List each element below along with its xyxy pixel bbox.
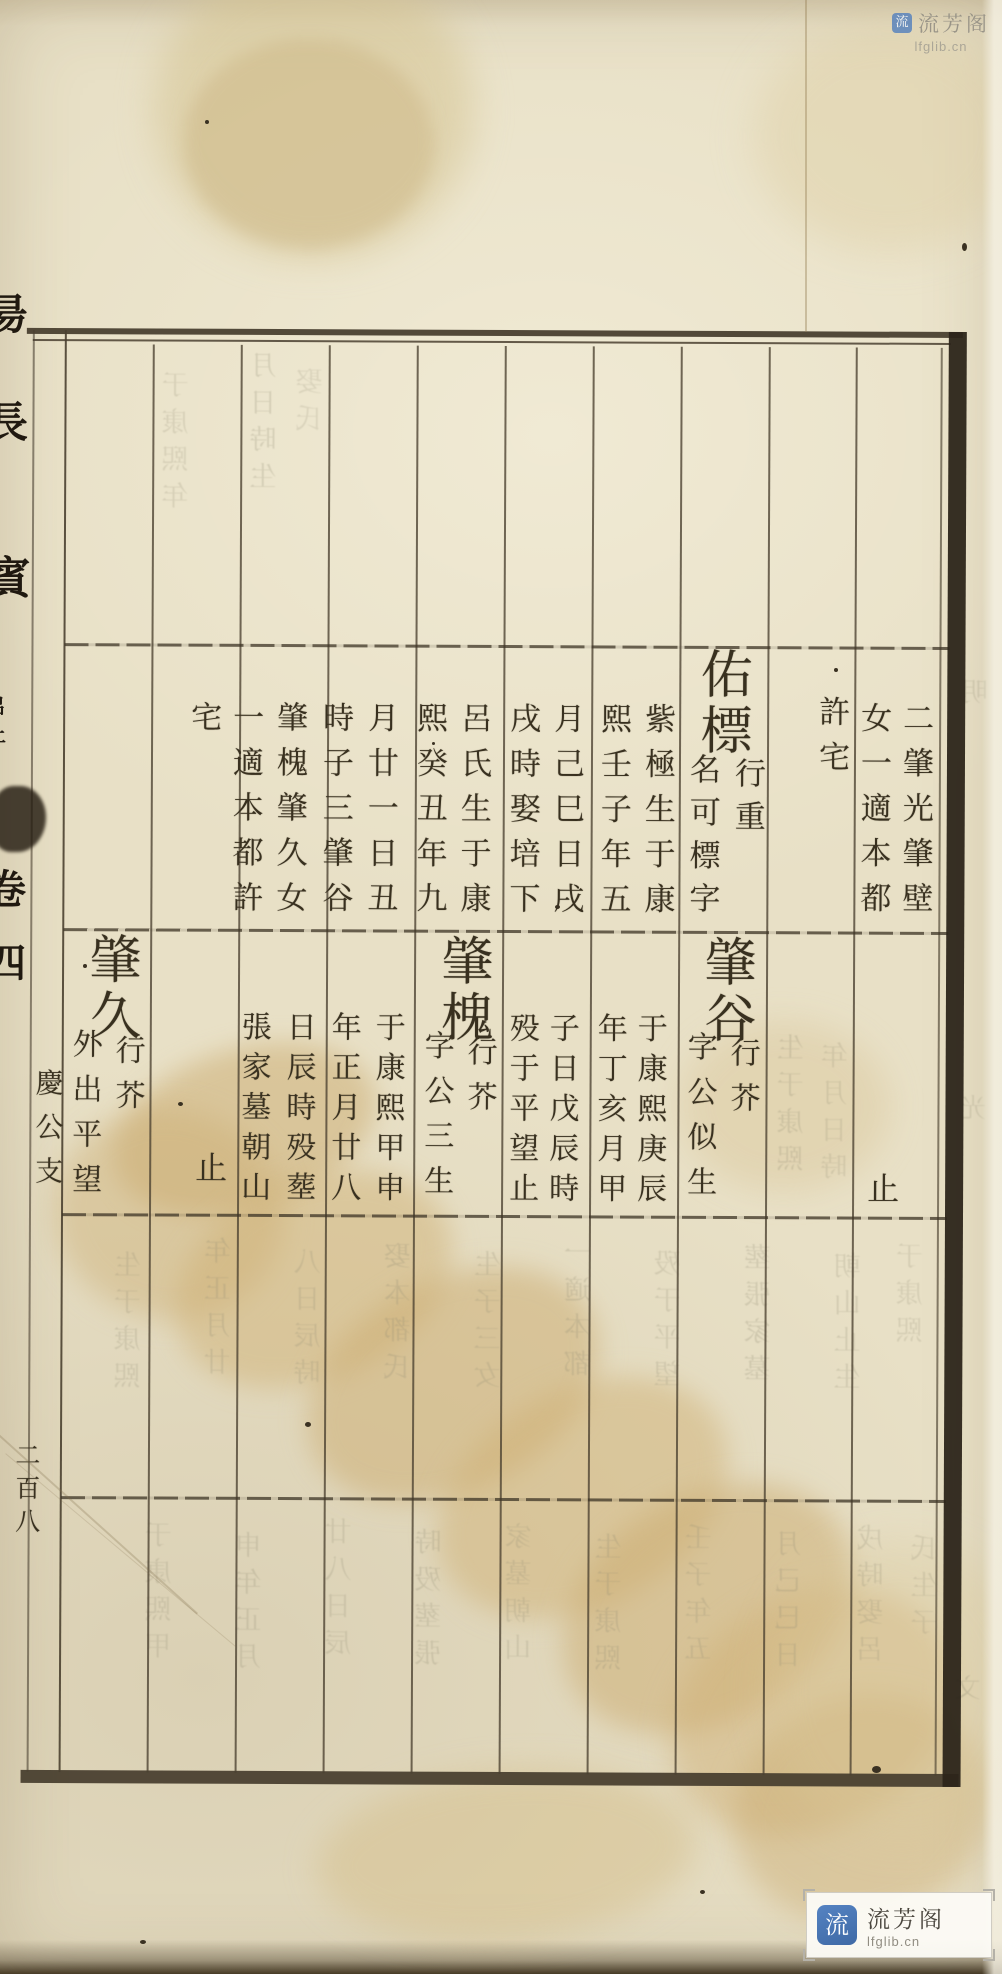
ink-speck [83,964,87,968]
column-rule [59,330,67,1772]
stain-top-right [753,21,1002,252]
name-youbiao: 佑標 [695,647,747,759]
ink-speck [205,120,209,124]
ghost-text-column: 八日辰時 [296,1247,324,1395]
ghost-text-column: 娶本都氏 [386,1242,414,1390]
stain-top-left-rim [183,39,434,250]
ghost-text-column: 時殁塟張 [417,1528,445,1676]
ink-speck [140,1940,146,1944]
ghost-text-column: 壬子年五 [687,1523,715,1671]
note-youbiao-5: 戌時娶培下 [505,702,537,927]
ghost-text-column: 于康熙甲 [147,1520,175,1668]
rank-youbiao: 行重 [731,757,762,843]
rank-zhaogu: 行芥 [726,1037,756,1127]
stop-mark-zhaohuai: 止 [193,1151,225,1183]
ghost-text-column: 生于康熙 [116,1250,144,1398]
watermark-site: lfglib.cn [892,39,990,54]
corner-mark-icon [983,1889,995,1901]
note-youbiao-1: 名可標字 [685,753,717,925]
ghost-text-column: 年正月廿 [206,1237,234,1385]
fore-edge-title-fragment: 四 [0,932,26,989]
note-youbiao-4: 月己巳日戌 [549,702,581,927]
lfglib-logo-icon: 流 [892,13,912,33]
ghost-text-column: 申年正月 [237,1531,265,1679]
band-line-2 [63,928,948,935]
branch-label: 慶公支 [33,1068,62,1200]
ghost-text-column: 朝山止生 [836,1251,864,1399]
ink-speck [305,1422,311,1427]
carryover-daughter: 女一適本都 [856,702,888,927]
ghost-text-column: 月己巳日 [777,1529,805,1677]
ink-speck [834,668,838,672]
note-zhaogu-1: 字公似生 [683,1031,714,1211]
corner-mark-icon [803,1889,815,1901]
rank-zhaohuai: 行芥 [463,1036,493,1126]
ghost-text-column: 生于康熙 [597,1532,625,1680]
lfglib-logo-icon: 流 [817,1905,857,1945]
corner-mark-icon [983,1949,995,1961]
fore-edge-title-fragment: 㠯 [0,690,6,719]
ghost-text-column: 家墓朝山 [507,1522,535,1670]
ghost-text-column: 年月日時 [823,1041,851,1189]
printed-plate: 于康熙年月日時生娶氏生于康熙年月日時生于康熙年正月廿八日辰時娶本都氏生子三女一適… [0,0,1002,1974]
note-zhaohuai-3: 年正月廿八 [327,1011,358,1211]
note-zhaohuai-2: 于康熙甲申 [371,1011,402,1211]
paper-crease [805,0,807,332]
ghost-text-column: 戌時娶呂 [859,1524,887,1672]
ghost-text-column: 月日時生 [252,351,280,499]
fore-edge-title-fragment: 賓 [0,542,30,606]
page-right-edge [982,0,1002,1974]
note-youbiao-9: 時子三肇谷 [318,701,350,926]
note-youbiao-2: 紫極生于康 [640,703,672,928]
carryover-sons: 二肇光肇壁 [898,702,930,927]
note-zhaogu-5: 殁于平望止 [505,1012,536,1212]
frame-top-outer [27,328,963,338]
note-zhaogu-2: 于康熙庚辰 [633,1013,664,1213]
ghost-text-column: 廿八日辰 [327,1517,355,1665]
ghost-text-column: 于康熙 [898,1242,925,1353]
note-youbiao-12: 宅 [187,701,218,746]
note-youbiao-7: 熙癸丑年九 [412,702,444,927]
genealogy-scan-page: 于康熙年月日時生娶氏生于康熙年月日時生于康熙年正月廿八日辰時娶本都氏生子三女一適… [0,0,1002,1974]
note-youbiao-6: 呂氏生于康 [456,702,488,927]
fore-edge-title-fragment: 昜 [0,282,28,342]
ink-speck [178,1102,183,1106]
watermark-bottom-right: 流 流芳阁 lfglib.cn [806,1892,992,1958]
watermark-brand: 流芳阁 [867,1901,945,1934]
ghost-text-column: 塟張家墓 [746,1243,774,1391]
leaf-number: 二百八 [14,1442,39,1541]
fore-edge-title-fragment: 止 [0,718,6,747]
ink-speck [432,742,435,745]
note-zhaogu-3: 年丁亥月甲 [593,1012,624,1212]
band-line-1 [64,643,949,650]
frame-top-inner [33,339,951,345]
ghost-text-column: 生于康熙 [779,1033,807,1181]
ink-speck [700,1890,705,1894]
watermark-top-right: 流 流芳阁 lfglib.cn [892,8,990,54]
note-zhaohuai-5: 張家墓朝山 [237,1011,268,1211]
ink-speck [872,1766,881,1773]
note-youbiao-10: 肇槐肇久女 [272,701,304,926]
note-youbiao-8: 月廿一日丑 [363,701,395,926]
watermark-brand: 流芳阁 [918,8,990,38]
rank-zhaojiu: 行芥 [111,1034,141,1124]
frame-bottom [21,1770,959,1787]
note-zhaohuai-1: 字公三生 [420,1030,451,1210]
ink-speck [962,243,967,251]
note-zhaojiu-1: 外出平望 [68,1028,99,1208]
watermark-site: lfglib.cn [867,1934,945,1949]
note-youbiao-11: 一適本都許 [228,701,260,926]
note-zhaohuai-4: 日辰時殁塟 [282,1011,313,1211]
ghost-text-column: 于康熙年 [164,371,192,519]
corner-mark-icon [803,1949,815,1961]
fore-edge-title-fragment: 卷 [0,858,26,915]
ink-speck [555,905,560,909]
carryover-xu-house: 許宅 [815,695,846,785]
note-zhaogu-4: 子日戊辰時 [545,1012,576,1212]
fore-edge-title-fragment: 長 [0,390,28,450]
ghost-text-column: 娶氏 [298,367,325,441]
note-youbiao-3: 熙壬子年五 [596,702,628,927]
ghost-text-column: 殁于平望 [656,1249,684,1397]
stop-mark-right: 止 [865,1172,897,1204]
